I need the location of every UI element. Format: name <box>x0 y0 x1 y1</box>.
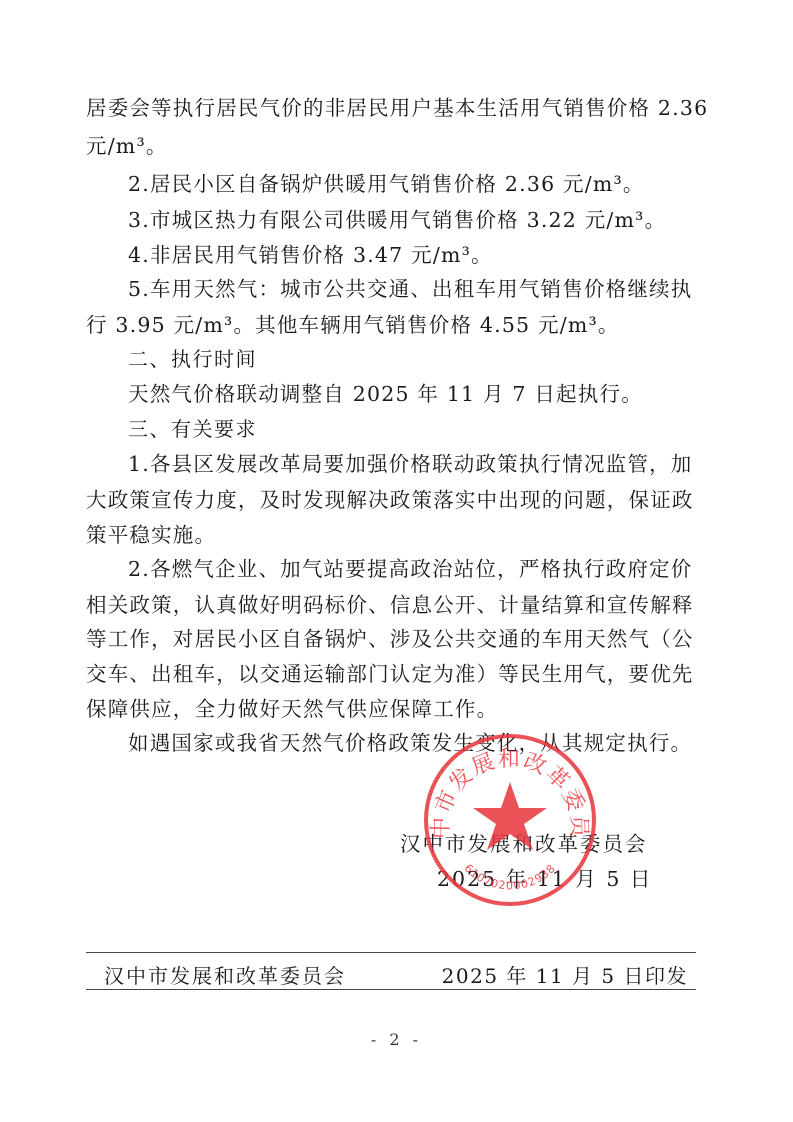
closing-statement: 如遇国家或我省天然气价格政策发生变化，从其规定执行。 <box>128 727 748 759</box>
requirement-2-line: 相关政策，认真做好明码标价、信息公开、计量结算和宣传解释 <box>86 589 706 621</box>
price-item-4: 4.非居民用气销售价格 3.47 元/m³。 <box>128 239 748 271</box>
footer-top-rule <box>86 952 696 953</box>
price-item-5: 5.车用天然气：城市公共交通、出租车用气销售价格继续执 <box>128 273 748 305</box>
footer-issuer: 汉中市发展和改革委员会 <box>104 960 346 989</box>
page-number: - 2 - <box>0 1030 793 1049</box>
requirement-2-line: 等工作，对居民小区自备锅炉、涉及公共交通的车用天然气（公 <box>86 623 706 655</box>
price-item-3: 3.市城区热力有限公司供暖用气销售价格 3.22 元/m³。 <box>128 204 748 236</box>
requirement-2-line: 保障供应，全力做好天然气供应保障工作。 <box>86 693 706 725</box>
requirement-2-line: 交车、出租车，以交通运输部门认定为准）等民生用气，要优先 <box>86 658 706 690</box>
requirement-1-line: 大政策宣传力度，及时发现解决政策落实中出现的问题，保证政 <box>86 484 706 516</box>
footer-bottom-rule <box>86 989 696 990</box>
price-item-2: 2.居民小区自备锅炉供暖用气销售价格 2.36 元/m³。 <box>128 168 748 200</box>
signature-org: 汉中市发展和改革委员会 <box>400 827 648 857</box>
requirement-2-line: 2.各燃气企业、加气站要提高政治站位，严格执行政府定价 <box>128 553 748 585</box>
body-line: 行 3.95 元/m³。其他车辆用气销售价格 4.55 元/m³。 <box>86 309 706 341</box>
body-line: 居委会等执行居民气价的非居民用户基本生活用气销售价格 2.36 <box>86 92 706 124</box>
section-heading-execution-time: 二、执行时间 <box>128 343 748 375</box>
requirement-1-line: 1.各县区发展改革局要加强价格联动政策执行情况监管，加 <box>128 448 748 480</box>
document-page: 居委会等执行居民气价的非居民用户基本生活用气销售价格 2.36 元/m³。 2.… <box>0 0 793 1122</box>
requirement-1-line: 策平稳实施。 <box>86 519 706 551</box>
execution-time-text: 天然气价格联动调整自 2025 年 11 月 7 日起执行。 <box>128 378 748 410</box>
signature-date: 2025 年 11 月 5 日 <box>437 862 652 892</box>
body-line: 元/m³。 <box>86 130 706 162</box>
footer-issue-date: 2025 年 11 月 5 日印发 <box>390 960 688 989</box>
section-heading-requirements: 三、有关要求 <box>128 413 748 445</box>
